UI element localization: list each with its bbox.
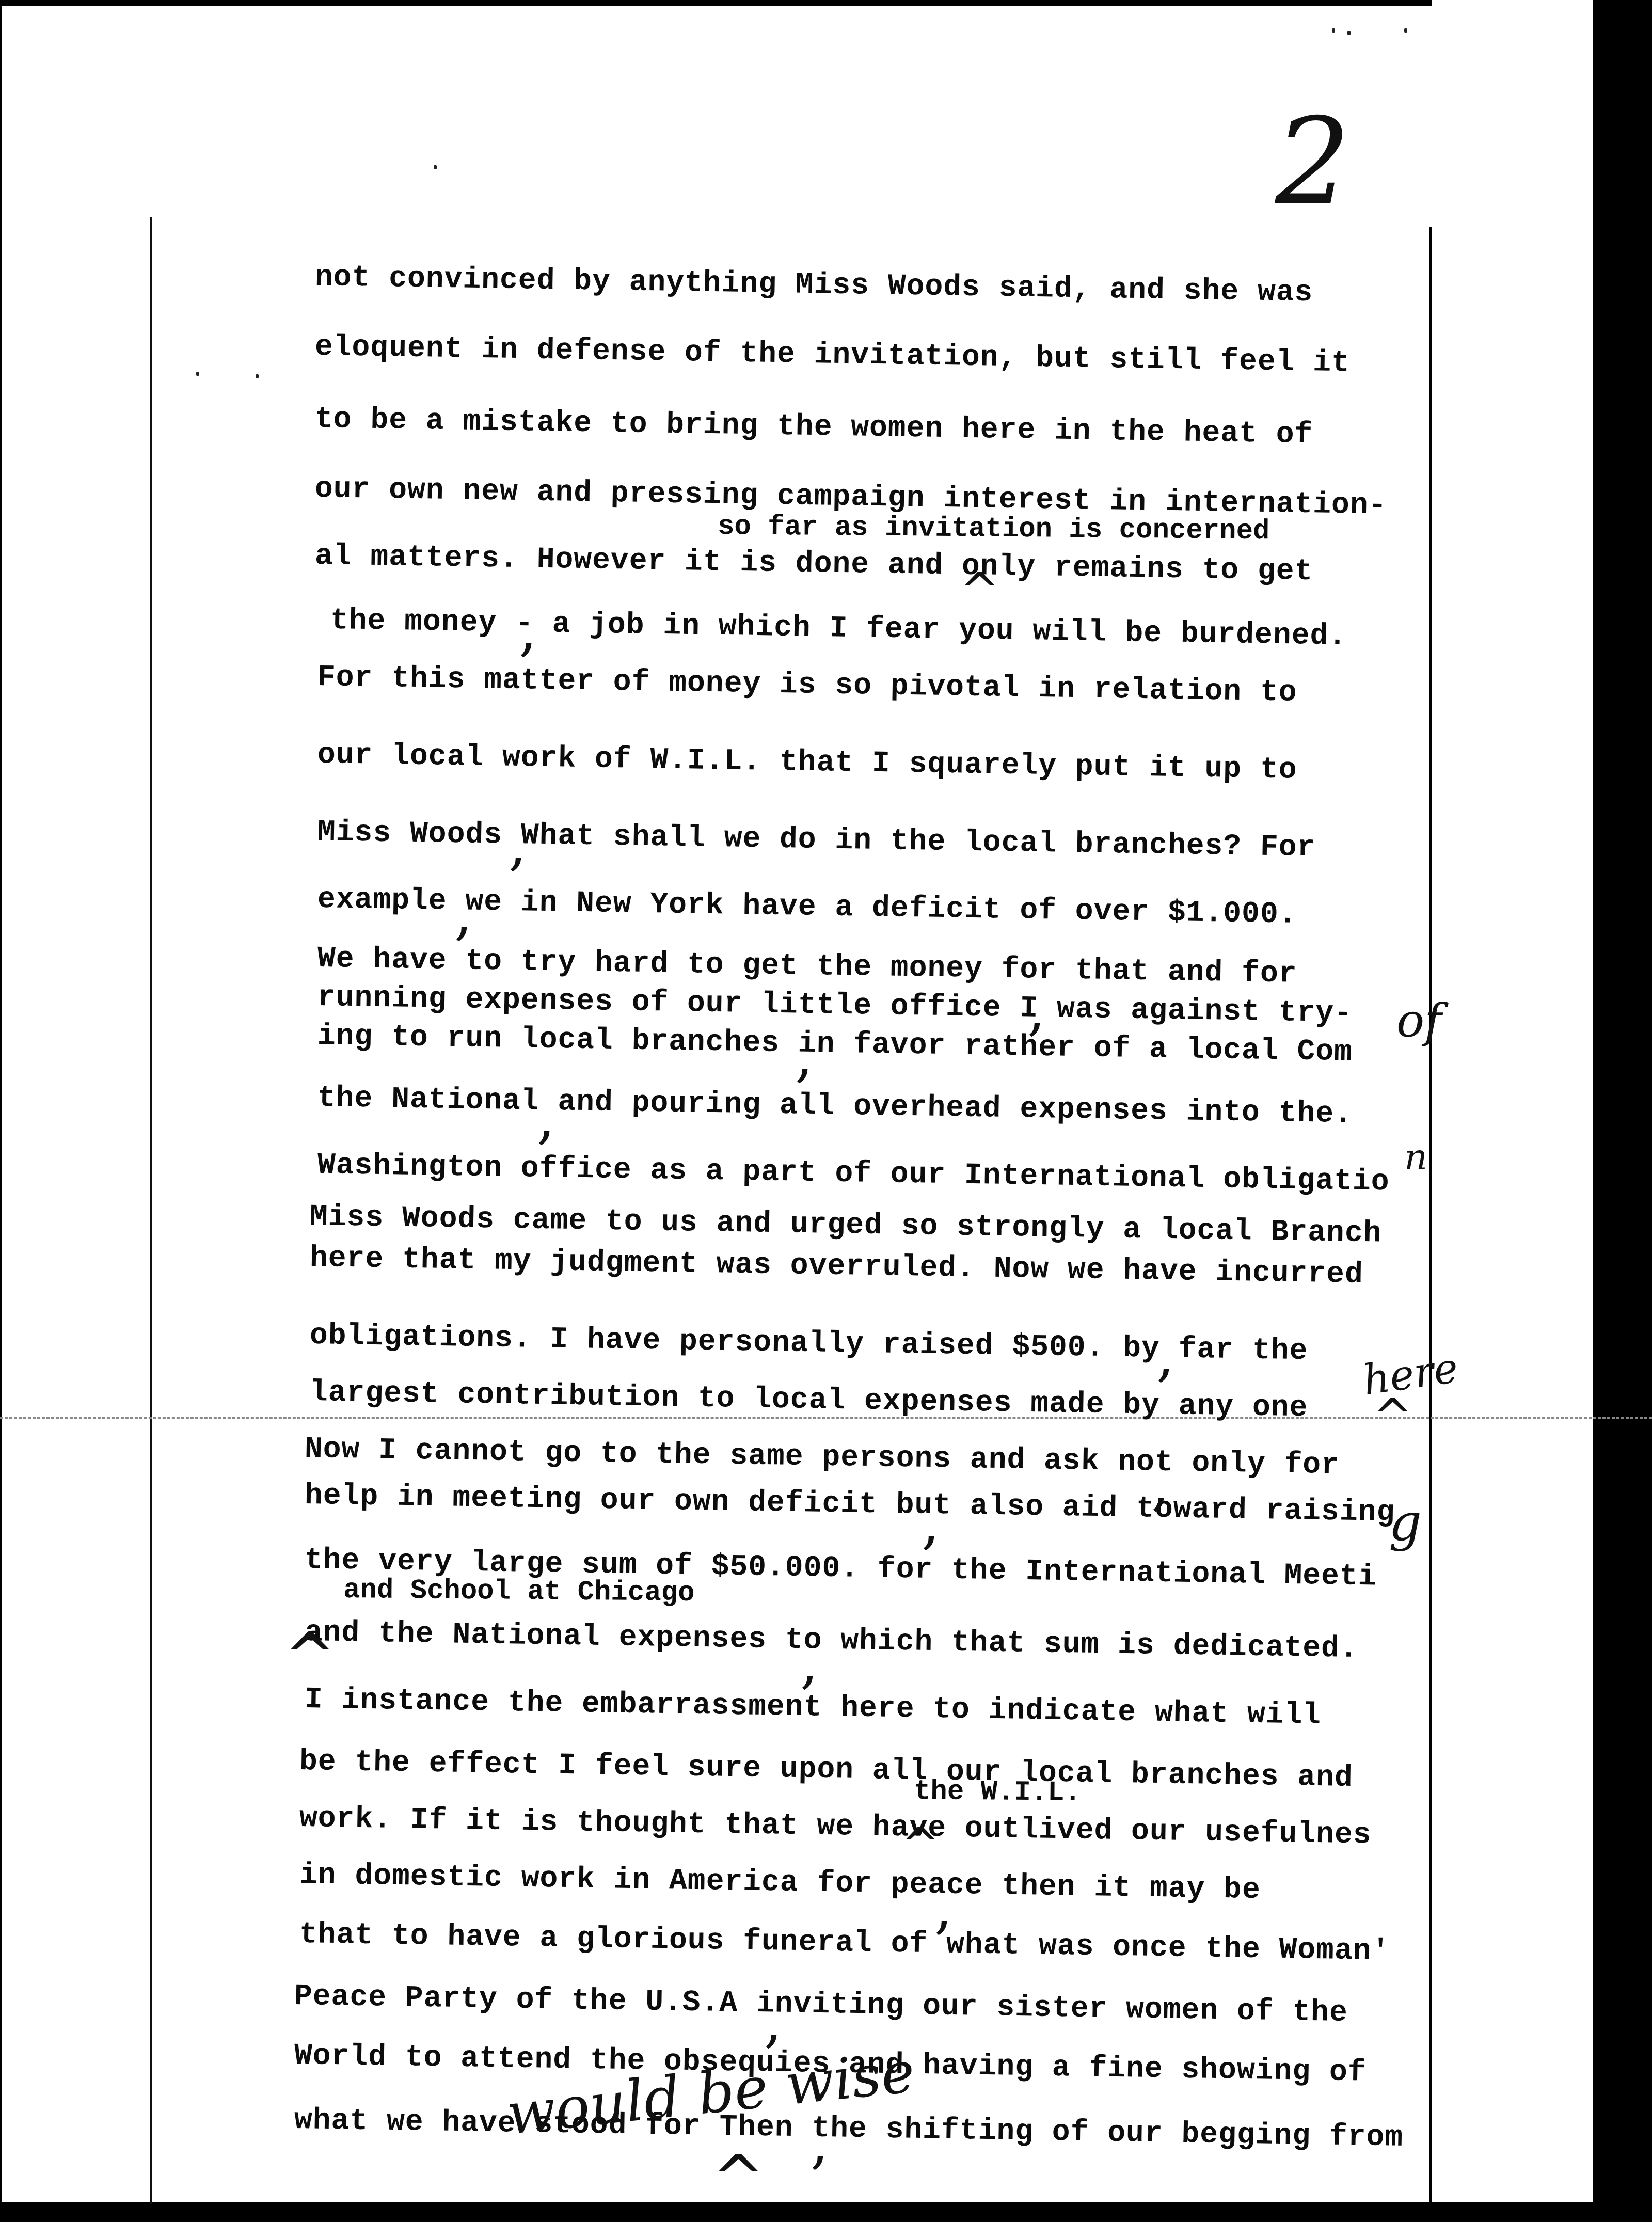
- scan-speck: [434, 165, 437, 169]
- scan-speck: [1332, 28, 1335, 33]
- comma-mark-icon: ,: [1156, 1327, 1174, 1384]
- handwritten-n: n: [1404, 1136, 1427, 1178]
- comma-mark-icon: ,: [922, 1495, 940, 1551]
- comma-mark-icon: ,: [795, 1027, 813, 1084]
- right-margin-rule: [1429, 227, 1432, 2204]
- comma-mark-icon: ,: [764, 1993, 782, 2050]
- scan-speck: [1347, 31, 1351, 35]
- scan-edge-bottom: [0, 2202, 1652, 2222]
- caret-mark-icon: ^: [901, 1822, 940, 1869]
- scan-speck: [256, 374, 259, 378]
- scan-speck: [1404, 28, 1407, 33]
- left-margin-rule: [150, 217, 152, 2204]
- comma-mark-icon: ,: [811, 2114, 829, 2171]
- comma-mark-icon: ,: [1027, 981, 1045, 1038]
- comma-mark-icon: ,: [934, 1879, 952, 1936]
- comma-mark-icon: ,: [537, 1089, 555, 1146]
- page-number: 2: [1275, 103, 1351, 222]
- comma-mark-icon: ,: [800, 1634, 818, 1691]
- interlinear-insertion: so far as invitation is concerned: [718, 511, 1270, 547]
- caret-mark-icon: ^: [712, 2148, 765, 2210]
- comma-mark-icon: ,: [454, 885, 472, 942]
- caret-mark-icon: ^: [284, 1626, 336, 1688]
- comma-mark-icon: ,: [519, 601, 537, 658]
- scan-edge-right: [1593, 0, 1652, 2222]
- comma-mark-icon: ,: [509, 816, 527, 872]
- handwritten-g: g: [1389, 1492, 1422, 1552]
- caret-mark-icon: ^: [960, 568, 999, 614]
- caret-mark-icon: ^: [1373, 1394, 1412, 1440]
- interlinear-insertion: the W.I.L.: [914, 1776, 1082, 1809]
- handwritten-of: of: [1396, 994, 1442, 1048]
- interlinear-insertion: and School at Chicago: [343, 1575, 695, 1609]
- comma-mark-icon: ,: [1151, 1456, 1169, 1513]
- scan-speck: [196, 372, 199, 376]
